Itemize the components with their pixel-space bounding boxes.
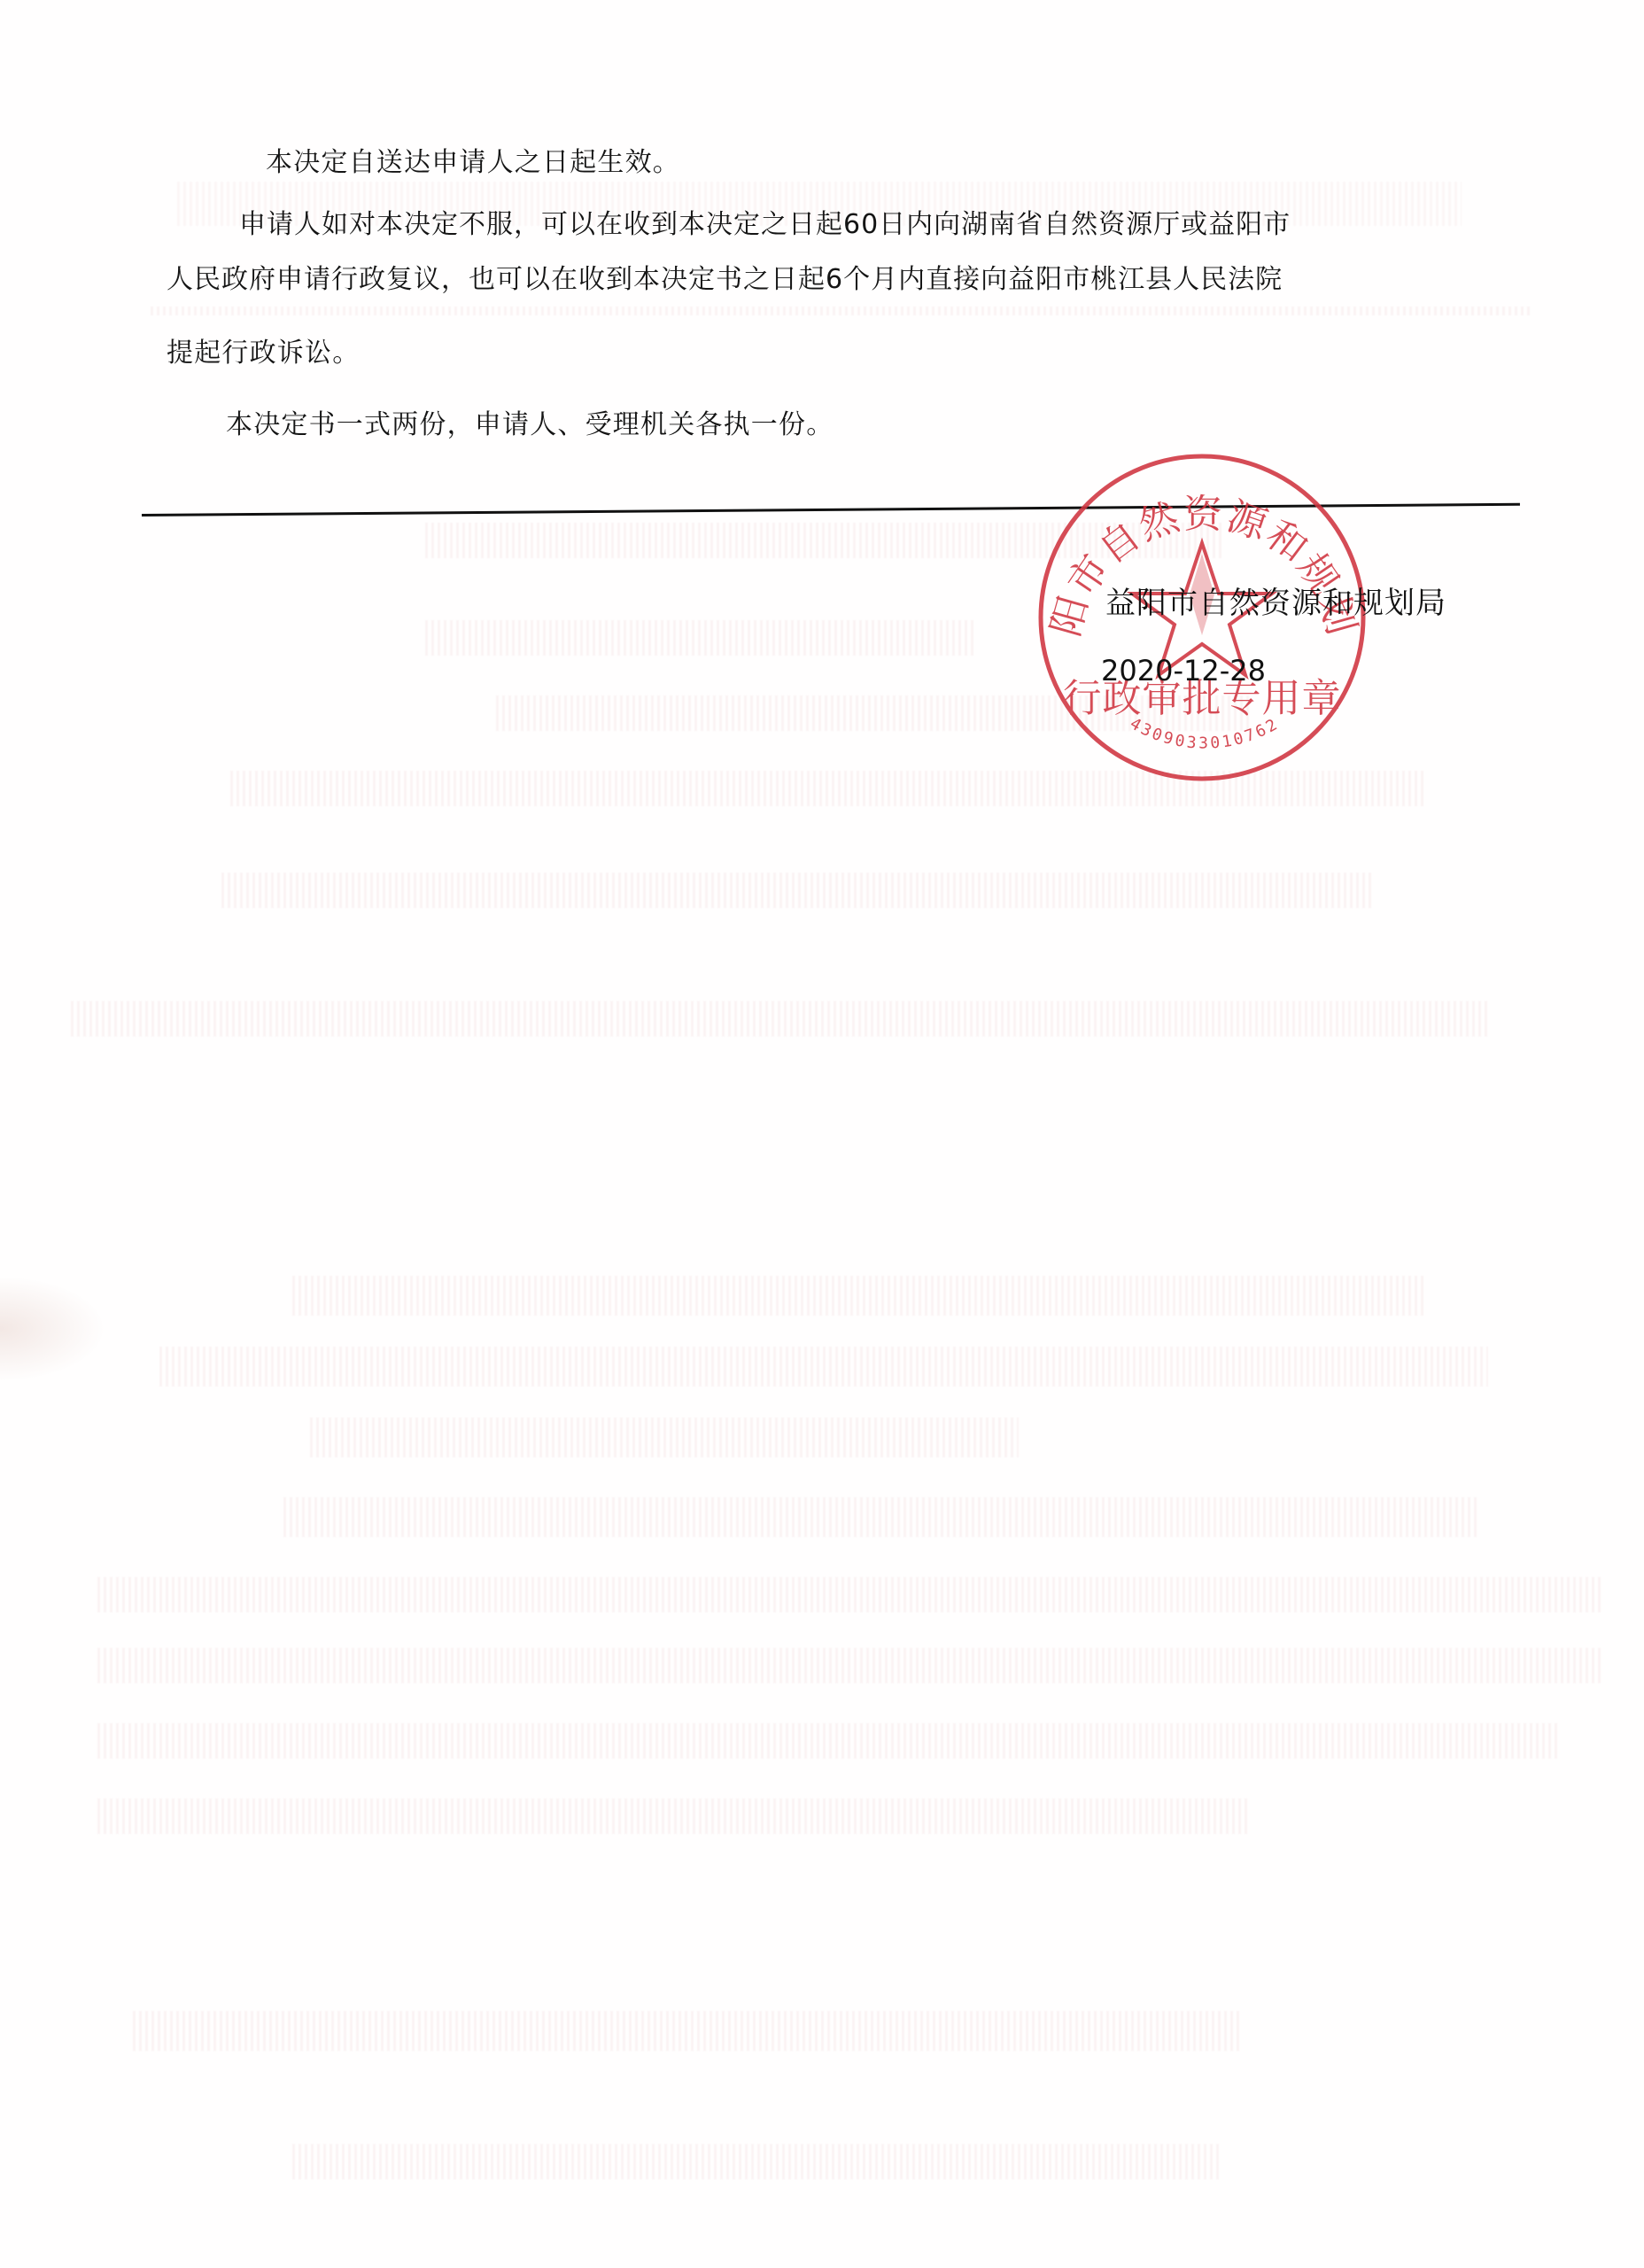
paragraph-appeal-line-3: 提起行政诉讼。 <box>167 338 360 369</box>
bleed-through-band <box>221 873 1373 908</box>
issue-date: 2020-12-28 <box>1101 654 1266 687</box>
bleed-through-band <box>159 1347 1488 1386</box>
scan-edge-shadow <box>0 1276 106 1382</box>
paragraph-appeal-line-2: 人民政府申请行政复议，也可以在收到本决定书之日起6个月内直接向益阳市桃江县人民法… <box>167 264 1283 296</box>
bleed-through-band <box>133 2011 1240 2051</box>
paragraph-appeal-line-1: 申请人如对本决定不服，可以在收到本决定之日起60日内向湖南省自然资源厅或益阳市 <box>239 209 1291 241</box>
paragraph-copies: 本决定书一式两份，申请人、受理机关各执一份。 <box>226 409 834 441</box>
bleed-through-band <box>71 1001 1488 1037</box>
bleed-through-band <box>292 1276 1426 1316</box>
bleed-through-band <box>97 1577 1603 1612</box>
bleed-through-band <box>292 2144 1222 2179</box>
document-page: 本决定自送达申请人之日起生效。 申请人如对本决定不服，可以在收到本决定之日起60… <box>0 0 1644 2268</box>
bleed-through-band <box>310 1417 1019 1457</box>
bleed-through-band <box>97 1648 1603 1683</box>
bleed-through-band <box>97 1723 1559 1759</box>
bleed-through-band <box>425 620 974 656</box>
bleed-through-band <box>97 1798 1249 1834</box>
issuer-signature: 益阳市自然资源和规划局 <box>1105 585 1446 622</box>
bleed-through-band <box>151 307 1532 315</box>
bleed-through-band <box>283 1497 1479 1537</box>
paragraph-effective-date: 本决定自送达申请人之日起生效。 <box>266 147 680 179</box>
